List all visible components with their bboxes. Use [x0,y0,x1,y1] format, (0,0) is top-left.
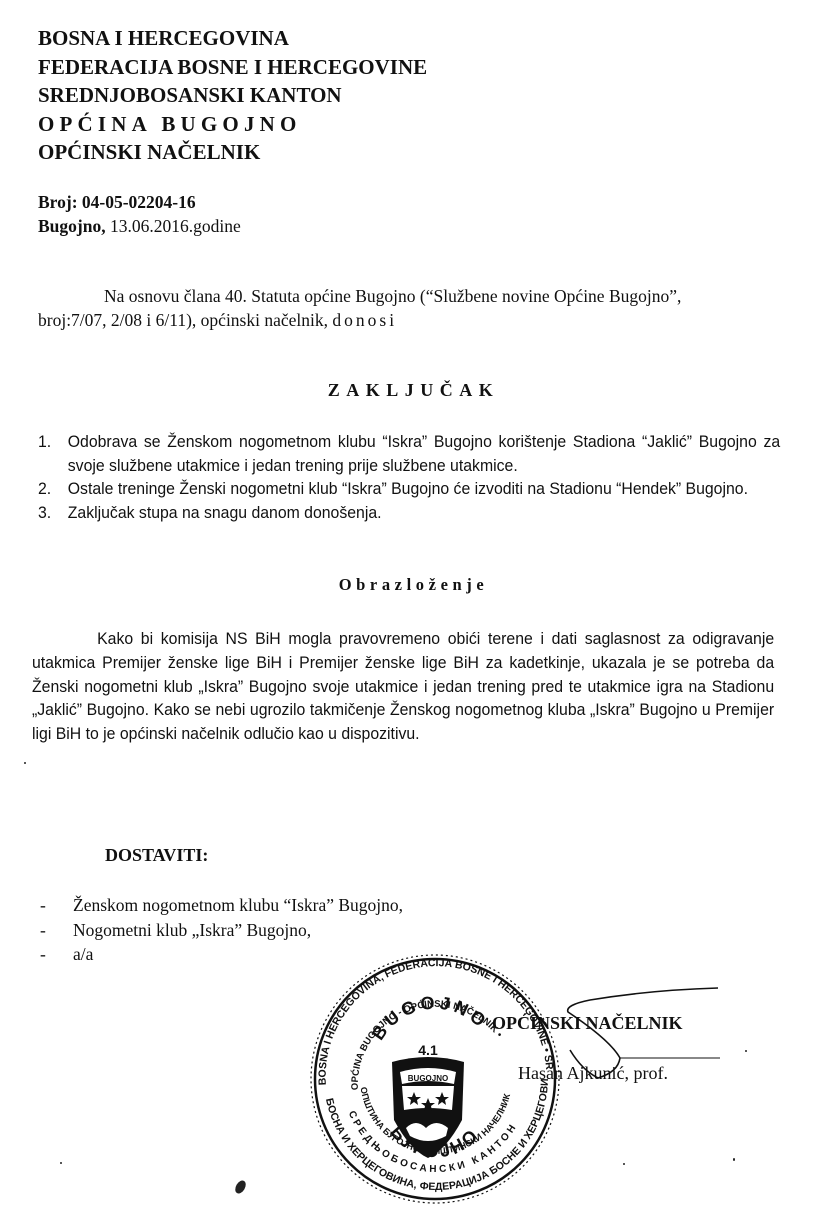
document-date: 13.06.2016.godine [106,216,241,236]
scan-mark [60,1162,62,1164]
intro-verb: donosi [332,310,397,330]
intro-line-1: Na osnovu člana 40. Statuta općine Bugoj… [38,284,780,308]
rationale-title: Obrazloženje [0,575,827,595]
document-reference: Broj: 04-05-02204-16 Bugojno, 13.06.2016… [38,190,241,238]
letterhead-country: BOSNA I HERCEGOVINA [38,24,427,53]
scan-mark [24,762,26,764]
scan-mark [233,1179,248,1196]
intro-paragraph: Na osnovu člana 40. Statuta općine Bugoj… [38,284,780,332]
handwritten-signature-icon [470,960,730,1080]
decision-item: 3. Zaključak stupa na snagu danom donoše… [38,501,780,525]
letterhead: BOSNA I HERCEGOVINA FEDERACIJA BOSNE I H… [38,24,427,167]
letterhead-municipality: OPĆINA BUGOJNO [38,110,427,139]
decision-list: 1. Odobrava se Ženskom nogometnom klubu … [38,430,780,524]
document-page: BOSNA I HERCEGOVINA FEDERACIJA BOSNE I H… [0,0,827,1213]
recipient-item: -Ženskom nogometnom klubu “Iskra” Bugojn… [40,893,403,918]
intro-line-2: broj:7/07, 2/08 i 6/11), općinski načeln… [38,308,780,332]
document-number: Broj: 04-05-02204-16 [38,192,196,212]
scan-mark [623,1163,625,1165]
svg-text:4.1: 4.1 [418,1042,438,1058]
delivery-title: DOSTAVITI: [105,845,208,866]
recipient-item: -Nogometni klub „Iskra” Bugojno, [40,918,403,943]
decision-item: 1. Odobrava se Ženskom nogometnom klubu … [38,430,780,477]
scan-mark [745,1050,747,1052]
svg-text:BUGOJNO: BUGOJNO [408,1074,448,1083]
scan-mark [733,1158,735,1161]
letterhead-federation: FEDERACIJA BOSNE I HERCEGOVINE [38,53,427,82]
decision-item: 2. Ostale treninge Ženski nogometni klub… [38,477,780,501]
letterhead-canton: SREDNJOBOSANSKI KANTON [38,81,427,110]
rationale-paragraph: Kako bi komisija NS BiH mogla pravovreme… [32,627,774,746]
document-place: Bugojno, [38,216,106,236]
decision-title: ZAKLJUČAK [0,380,827,401]
letterhead-office: OPĆINSKI NAČELNIK [38,138,427,167]
